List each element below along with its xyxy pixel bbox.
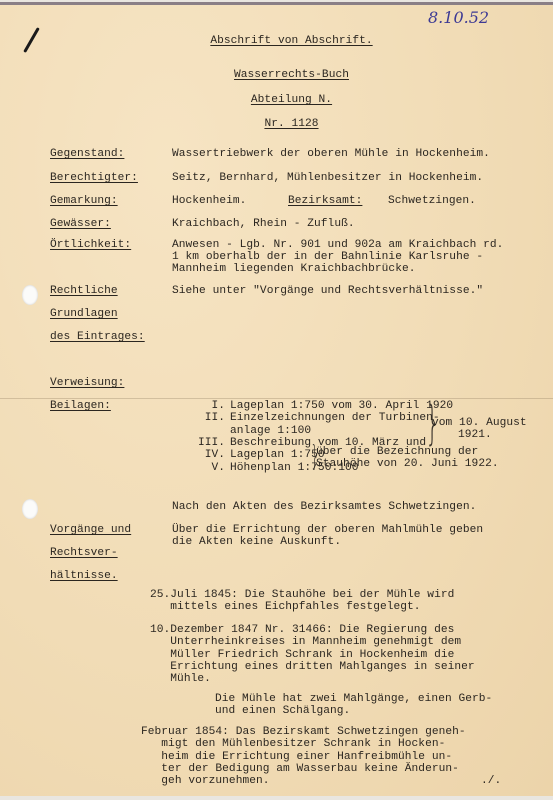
location-label: Örtlichkeit: [50, 239, 131, 252]
proceeding-line: Müller Friedrich Schrank in Hockenheim d… [150, 649, 454, 662]
punch-hole [22, 285, 38, 305]
source-note: Nach den Akten des Bezirksamtes Schwetzi… [172, 501, 476, 514]
proceeding-line: Februar 1854: Das Bezirskamt Schwetzinge… [141, 726, 466, 739]
attachment-text: Lageplan 1:750 vom 30. April 1920 [230, 400, 453, 413]
continuation-mark: ./. [481, 775, 501, 788]
attachment-number: II. [165, 412, 225, 425]
scan-edge [0, 2, 553, 5]
copy-note: Abschrift von Abschrift. [0, 35, 553, 48]
district-label: Gemarkung: [50, 195, 118, 208]
attachments-note-2: Stauhöhe von 20. Juni 1922. [316, 458, 499, 471]
proceeding-line: migt den Mühlenbesitzer Schrank in Hocke… [141, 738, 445, 751]
attachment-number: V. [165, 462, 225, 475]
attachment-number: I. [165, 400, 225, 413]
office-value: Schwetzingen. [388, 195, 476, 208]
proceeding-line: Mühle. [150, 673, 211, 686]
legal-basis-label: Grundlagen [50, 308, 118, 321]
subject-label: Gegenstand: [50, 148, 124, 161]
attachments-note-1: 1921. [458, 429, 492, 442]
proceedings-label: Rechtsver- [50, 547, 118, 560]
proceeding-line: mittels eines Eichpfahles festgelegt. [150, 601, 421, 614]
holder-label: Berechtigter: [50, 172, 138, 185]
attachment-text: Einzelzeichnungen der Turbinen- [230, 412, 440, 425]
proceeding-line: 10.Dezember 1847 Nr. 31466: Die Regierun… [150, 624, 454, 637]
legal-basis-label: Rechtliche [50, 285, 118, 298]
holder-value: Seitz, Bernhard, Mühlenbesitzer in Hocke… [172, 172, 483, 185]
proceeding-line: ter der Bedigung am Wasserbau keine Ände… [141, 763, 459, 776]
water-label: Gewässer: [50, 218, 111, 231]
proceeding-line: Errichtung eines dritten Mahlganges in s… [150, 661, 475, 674]
legal-basis-label: des Eintrages: [50, 331, 145, 344]
attachments-note-1: vom 10. August [432, 417, 527, 430]
legal-basis-value: Siehe unter "Vorgänge und Rechtsverhältn… [172, 285, 483, 298]
proceeding-line: heim die Errichtung einer Hanfreibmühle … [141, 751, 452, 764]
register-number: Nr. 1128 [0, 118, 553, 131]
proceeding-line: Unterrheinkreises in Mannheim genehmigt … [150, 636, 461, 649]
attachment-number: III. [165, 437, 225, 450]
location-line: Anwesen - Lgb. Nr. 901 und 902a am Kraic… [172, 239, 503, 252]
proceeding-line: geh vorzunehmen. [141, 775, 270, 788]
handwritten-date: 8.10.52 [428, 8, 489, 27]
attachment-number: IV. [165, 449, 225, 462]
register-title: Wasserrechts-Buch [0, 69, 553, 82]
proceedings-label: Vorgänge und [50, 524, 131, 537]
attachments-note-2: über die Bezeichnung der [316, 446, 478, 459]
water-value: Kraichbach, Rhein - Zufluß. [172, 218, 355, 231]
subject-value: Wassertriebwerk der oberen Mühle in Hock… [172, 148, 490, 161]
proceedings-intro: die Akten keine Auskunft. [172, 536, 341, 549]
proceedings-label: hältnisse. [50, 570, 118, 583]
fold-line [0, 398, 553, 399]
reference-label: Verweisung: [50, 377, 124, 390]
office-label: Bezirksamt: [288, 195, 362, 208]
proceedings-intro: Über die Errichtung der oberen Mahlmühle… [172, 524, 483, 537]
proceeding-line: 25.Juli 1845: Die Stauhöhe bei der Mühle… [150, 589, 454, 602]
attachments-label: Beilagen: [50, 400, 111, 413]
location-line: 1 km oberhalb der in der Bahnlinie Karls… [172, 251, 483, 264]
location-line: Mannheim liegenden Kraichbachbrücke. [172, 263, 416, 276]
proceeding-line: Die Mühle hat zwei Mahlgänge, einen Gerb… [215, 693, 492, 706]
attachment-text: anlage 1:100 [230, 425, 311, 438]
punch-hole [22, 499, 38, 519]
document-page: 8.10.52 Abschrift von Abschrift. Wasserr… [0, 2, 553, 796]
proceeding-line: und einen Schälgang. [215, 705, 350, 718]
district-value: Hockenheim. [172, 195, 246, 208]
department: Abteilung N. [0, 94, 553, 107]
